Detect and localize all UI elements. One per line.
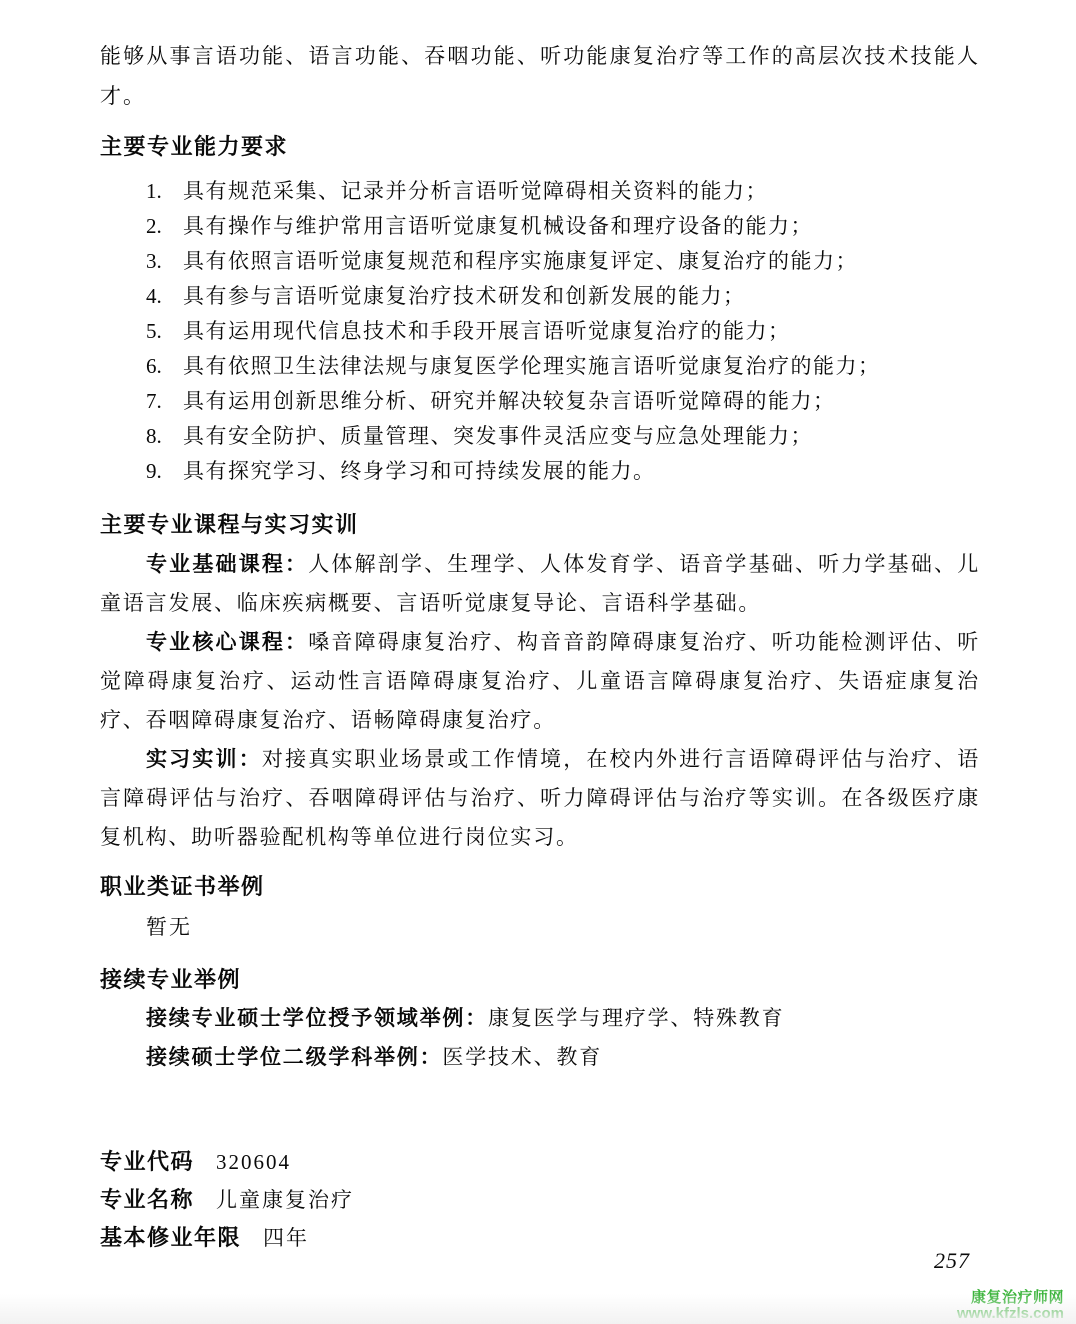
heading-certificates: 职业类证书举例: [100, 872, 980, 902]
list-item: 8.具有安全防护、质量管理、突发事件灵活应变与应急处理能力；: [100, 419, 980, 454]
list-item: 2.具有操作与维护常用言语听觉康复机械设备和理疗设备的能力；: [100, 209, 980, 244]
list-item-number: 4.: [146, 279, 183, 314]
paragraph-internship: 实习实训：对接真实职业场景或工作情境，在校内外进行言语障碍评估与治疗、语言障碍评…: [100, 740, 980, 857]
list-item: 9.具有探究学习、终身学习和可持续发展的能力。: [100, 454, 980, 489]
list-item-number: 7.: [146, 384, 183, 419]
list-item-text: 具有规范采集、记录并分析言语听觉障碍相关资料的能力；: [183, 179, 768, 203]
next-major-block: 专业代码320604 专业名称儿童康复治疗 基本修业年限四年: [100, 1143, 980, 1257]
continuing-line-label: 接续硕士学位二级学科举例：: [146, 1046, 442, 1069]
heading-courses-training: 主要专业课程与实习实训: [100, 510, 980, 540]
paragraph-lead-label: 专业基础课程：: [146, 553, 308, 576]
list-item-number: 1.: [146, 174, 183, 209]
list-item: 6.具有依照卫生法律法规与康复医学伦理实施言语听觉康复治疗的能力；: [100, 349, 980, 384]
paragraph-core-courses: 专业核心课程：嗓音障碍康复治疗、构音音韵障碍康复治疗、听功能检测评估、听觉障碍康…: [100, 623, 980, 740]
list-item-number: 2.: [146, 209, 183, 244]
list-item: 4.具有参与言语听觉康复治疗技术研发和创新发展的能力；: [100, 279, 980, 314]
list-item-number: 5.: [146, 314, 183, 349]
list-item-text: 具有运用创新思维分析、研究并解决较复杂言语听觉障碍的能力；: [183, 389, 836, 413]
heading-ability-requirements: 主要专业能力要求: [100, 132, 980, 162]
list-item: 7.具有运用创新思维分析、研究并解决较复杂言语听觉障碍的能力；: [100, 384, 980, 419]
courses-block: 专业基础课程：人体解剖学、生理学、人体发育学、语音学基础、听力学基础、儿童语言发…: [100, 545, 980, 857]
continuing-line-master-disciplines: 接续硕士学位二级学科举例：医学技术、教育: [100, 1038, 980, 1077]
major-name-row: 专业名称儿童康复治疗: [100, 1181, 980, 1219]
watermark: 康复治疗师网 www.kfzls.com: [957, 1290, 1064, 1322]
continuing-line-text: 医学技术、教育: [442, 1045, 602, 1069]
list-item: 5.具有运用现代信息技术和手段开展言语听觉康复治疗的能力；: [100, 314, 980, 349]
major-row-label: 专业名称: [100, 1187, 194, 1212]
list-item-number: 3.: [146, 244, 183, 279]
continuing-line-text: 康复医学与理疗学、特殊教育: [488, 1006, 784, 1030]
heading-continuing-majors: 接续专业举例: [100, 965, 980, 995]
major-duration-row: 基本修业年限四年: [100, 1219, 980, 1257]
document-page: 能够从事言语功能、语言功能、吞咽功能、听功能康复治疗等工作的高层次技术技能人才。…: [0, 0, 1076, 1324]
list-item: 1.具有规范采集、记录并分析言语听觉障碍相关资料的能力；: [100, 174, 980, 209]
page-bottom-shading: [0, 1294, 1076, 1324]
list-item-text: 具有依照言语听觉康复规范和程序实施康复评定、康复治疗的能力；: [183, 249, 858, 273]
major-row-label: 基本修业年限: [100, 1225, 241, 1250]
paragraph-basic-courses: 专业基础课程：人体解剖学、生理学、人体发育学、语音学基础、听力学基础、儿童语言发…: [100, 545, 980, 623]
major-row-value: 四年: [263, 1226, 309, 1250]
page-number: 257: [934, 1248, 970, 1274]
ability-list: 1.具有规范采集、记录并分析言语听觉障碍相关资料的能力； 2.具有操作与维护常用…: [100, 174, 980, 489]
continuing-line-master-fields: 接续专业硕士学位授予领域举例：康复医学与理疗学、特殊教育: [100, 999, 980, 1038]
list-item-text: 具有探究学习、终身学习和可持续发展的能力。: [183, 459, 656, 483]
list-item-text: 具有依照卫生法律法规与康复医学伦理实施言语听觉康复治疗的能力；: [183, 354, 881, 378]
intro-paragraph: 能够从事言语功能、语言功能、吞咽功能、听功能康复治疗等工作的高层次技术技能人才。: [100, 36, 980, 116]
continuing-line-label: 接续专业硕士学位授予领域举例：: [146, 1007, 488, 1030]
watermark-site-url: www.kfzls.com: [957, 1306, 1064, 1322]
list-item-number: 6.: [146, 349, 183, 384]
list-item-text: 具有安全防护、质量管理、突发事件灵活应变与应急处理能力；: [183, 424, 813, 448]
major-row-value: 320604: [216, 1150, 291, 1174]
paragraph-lead-label: 实习实训：: [146, 748, 262, 771]
list-item-number: 9.: [146, 454, 183, 489]
watermark-site-name: 康复治疗师网: [957, 1290, 1064, 1306]
paragraph-lead-label: 专业核心课程：: [146, 631, 308, 654]
major-row-label: 专业代码: [100, 1149, 194, 1174]
list-item-text: 具有操作与维护常用言语听觉康复机械设备和理疗设备的能力；: [183, 214, 813, 238]
list-item-text: 具有运用现代信息技术和手段开展言语听觉康复治疗的能力；: [183, 319, 791, 343]
list-item: 3.具有依照言语听觉康复规范和程序实施康复评定、康复治疗的能力；: [100, 244, 980, 279]
list-item-text: 具有参与言语听觉康复治疗技术研发和创新发展的能力；: [183, 284, 746, 308]
major-code-row: 专业代码320604: [100, 1143, 980, 1181]
major-row-value: 儿童康复治疗: [216, 1188, 354, 1212]
continuing-block: 接续专业硕士学位授予领域举例：康复医学与理疗学、特殊教育 接续硕士学位二级学科举…: [100, 999, 980, 1077]
list-item-number: 8.: [146, 419, 183, 454]
certificates-content: 暂无: [100, 908, 980, 947]
